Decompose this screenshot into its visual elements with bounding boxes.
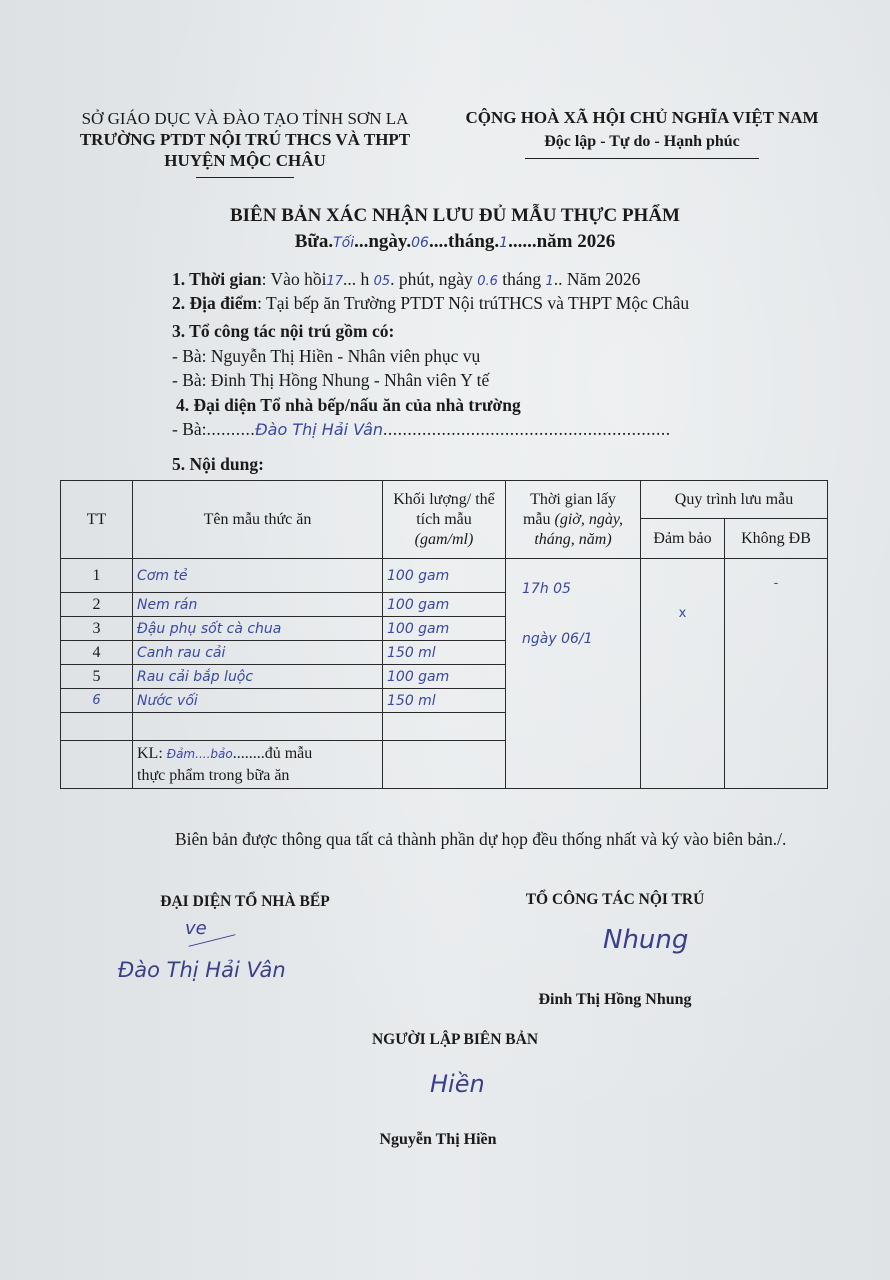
department-name: SỞ GIÁO DỤC VÀ ĐÀO TẠO TỈNH SƠN LA <box>60 108 430 129</box>
section-content: 5. Nội dung: <box>172 453 264 475</box>
month-value: 1 <box>546 274 554 289</box>
header-ok: Đảm bảo <box>641 519 725 559</box>
recorder-title: NGƯỜI LẬP BIÊN BẢN <box>330 1031 580 1049</box>
header-tt: TT <box>61 481 133 559</box>
national-header: CỘNG HOÀ XÃ HỘI CHỦ NGHĨA VIỆT NAM Độc l… <box>452 106 832 159</box>
section-time: 1. Thời gian: Vào hồi17... h 05. phút, n… <box>172 268 640 293</box>
ok-mark: x <box>679 606 687 621</box>
kitchen-rep-name: Đào Thị Hải Vân <box>255 420 383 439</box>
day-value: 06 <box>411 235 429 251</box>
document-title: BIÊN BẢN XÁC NHẬN LƯU ĐỦ MẪU THỰC PHẨM B… <box>120 203 790 256</box>
not-ok-mark-cell: - <box>725 559 828 789</box>
minute-value: 05 <box>374 274 391 289</box>
recorder-name: Nguyễn Thị Hiền <box>313 1131 563 1149</box>
sample-date: ngày 06/1 <box>522 629 636 649</box>
document-page: SỞ GIÁO DỤC VÀ ĐÀO TẠO TỈNH SƠN LA TRƯỜN… <box>0 0 890 1280</box>
ok-mark-cell: x <box>641 559 725 789</box>
motto-underline <box>525 158 759 159</box>
food-sample-table: TT Tên mẫu thức ăn Khối lượng/ thể tích … <box>60 480 828 789</box>
conclusion-value: Đảm....bảo <box>167 747 233 761</box>
boarding-committee-name: Đinh Thị Hồng Nhung <box>490 991 740 1009</box>
header-sample-time: Thời gian lấy mẫu (giờ, ngày, tháng, năm… <box>506 481 641 559</box>
conclusion-cell: KL: Đảm....bảo........đủ mẫu thực phẩm t… <box>133 741 383 789</box>
table-row: 1 Cơm tẻ 100 gam 17h 05 ngày 06/1 x - <box>61 559 828 593</box>
section-location: 2. Địa điểm: Tại bếp ăn Trường PTDT Nội … <box>172 292 689 314</box>
not-ok-mark: - <box>774 576 779 591</box>
sample-time-cell: 17h 05 ngày 06/1 <box>506 559 641 789</box>
hour-value: 17 <box>326 274 343 289</box>
table-header-row: TT Tên mẫu thức ăn Khối lượng/ thể tích … <box>61 481 828 519</box>
committee-member: - Bà: Đinh Thị Hồng Nhung - Nhân viên Y … <box>172 369 489 391</box>
header-underline <box>196 177 294 178</box>
meal-value: Tối <box>333 235 354 251</box>
sample-time: 17h 05 <box>522 579 636 599</box>
issuing-authority-header: SỞ GIÁO DỤC VÀ ĐÀO TẠO TỈNH SƠN LA TRƯỜN… <box>60 108 430 178</box>
title-heading: BIÊN BẢN XÁC NHẬN LƯU ĐỦ MẪU THỰC PHẨM <box>120 203 790 229</box>
committee-member: - Bà: Nguyễn Thị Hiền - Nhân viên phục v… <box>172 345 480 367</box>
boarding-committee-title: TỔ CÔNG TÁC NỘI TRÚ <box>490 891 740 909</box>
national-motto: Độc lập - Tự do - Hạnh phúc <box>452 130 832 154</box>
kitchen-rep-title: ĐẠI DIỆN TỔ NHÀ BẾP <box>120 893 370 911</box>
school-name: TRƯỜNG PTDT NỘI TRÚ THCS VÀ THPT <box>60 129 430 150</box>
section-committee: 3. Tổ công tác nội trú gồm có: <box>172 320 394 342</box>
closing-statement: Biên bản được thông qua tất cả thành phầ… <box>100 826 800 852</box>
meal-date-line: Bữa.Tối...ngày.06....tháng.1......năm 20… <box>120 229 790 256</box>
header-not-ok: Không ĐB <box>725 519 828 559</box>
kitchen-rep-line: - Bà:..........Đào Thị Hải Vân..........… <box>172 418 671 441</box>
kitchen-rep-signature: ve <box>185 918 207 939</box>
day-value: 0.6 <box>477 274 498 289</box>
kitchen-rep-handwritten-name: Đào Thị Hải Vân <box>118 958 286 982</box>
district-name: HUYỆN MỘC CHÂU <box>60 150 430 171</box>
header-quantity: Khối lượng/ thể tích mẫu (gam/ml) <box>383 481 506 559</box>
recorder-signature: Hiền <box>430 1070 485 1098</box>
header-food-name: Tên mẫu thức ăn <box>133 481 383 559</box>
committee-label: 3. Tổ công tác nội trú gồm có: <box>172 321 394 341</box>
header-storage-process: Quy trình lưu mẫu <box>641 481 828 519</box>
month-value: 1 <box>499 235 508 251</box>
country-name: CỘNG HOÀ XÃ HỘI CHỦ NGHĨA VIỆT NAM <box>452 106 832 130</box>
section-kitchen-rep: 4. Đại diện Tổ nhà bếp/nấu ăn của nhà tr… <box>176 394 521 416</box>
boarding-committee-signature: Nhung <box>603 925 688 955</box>
